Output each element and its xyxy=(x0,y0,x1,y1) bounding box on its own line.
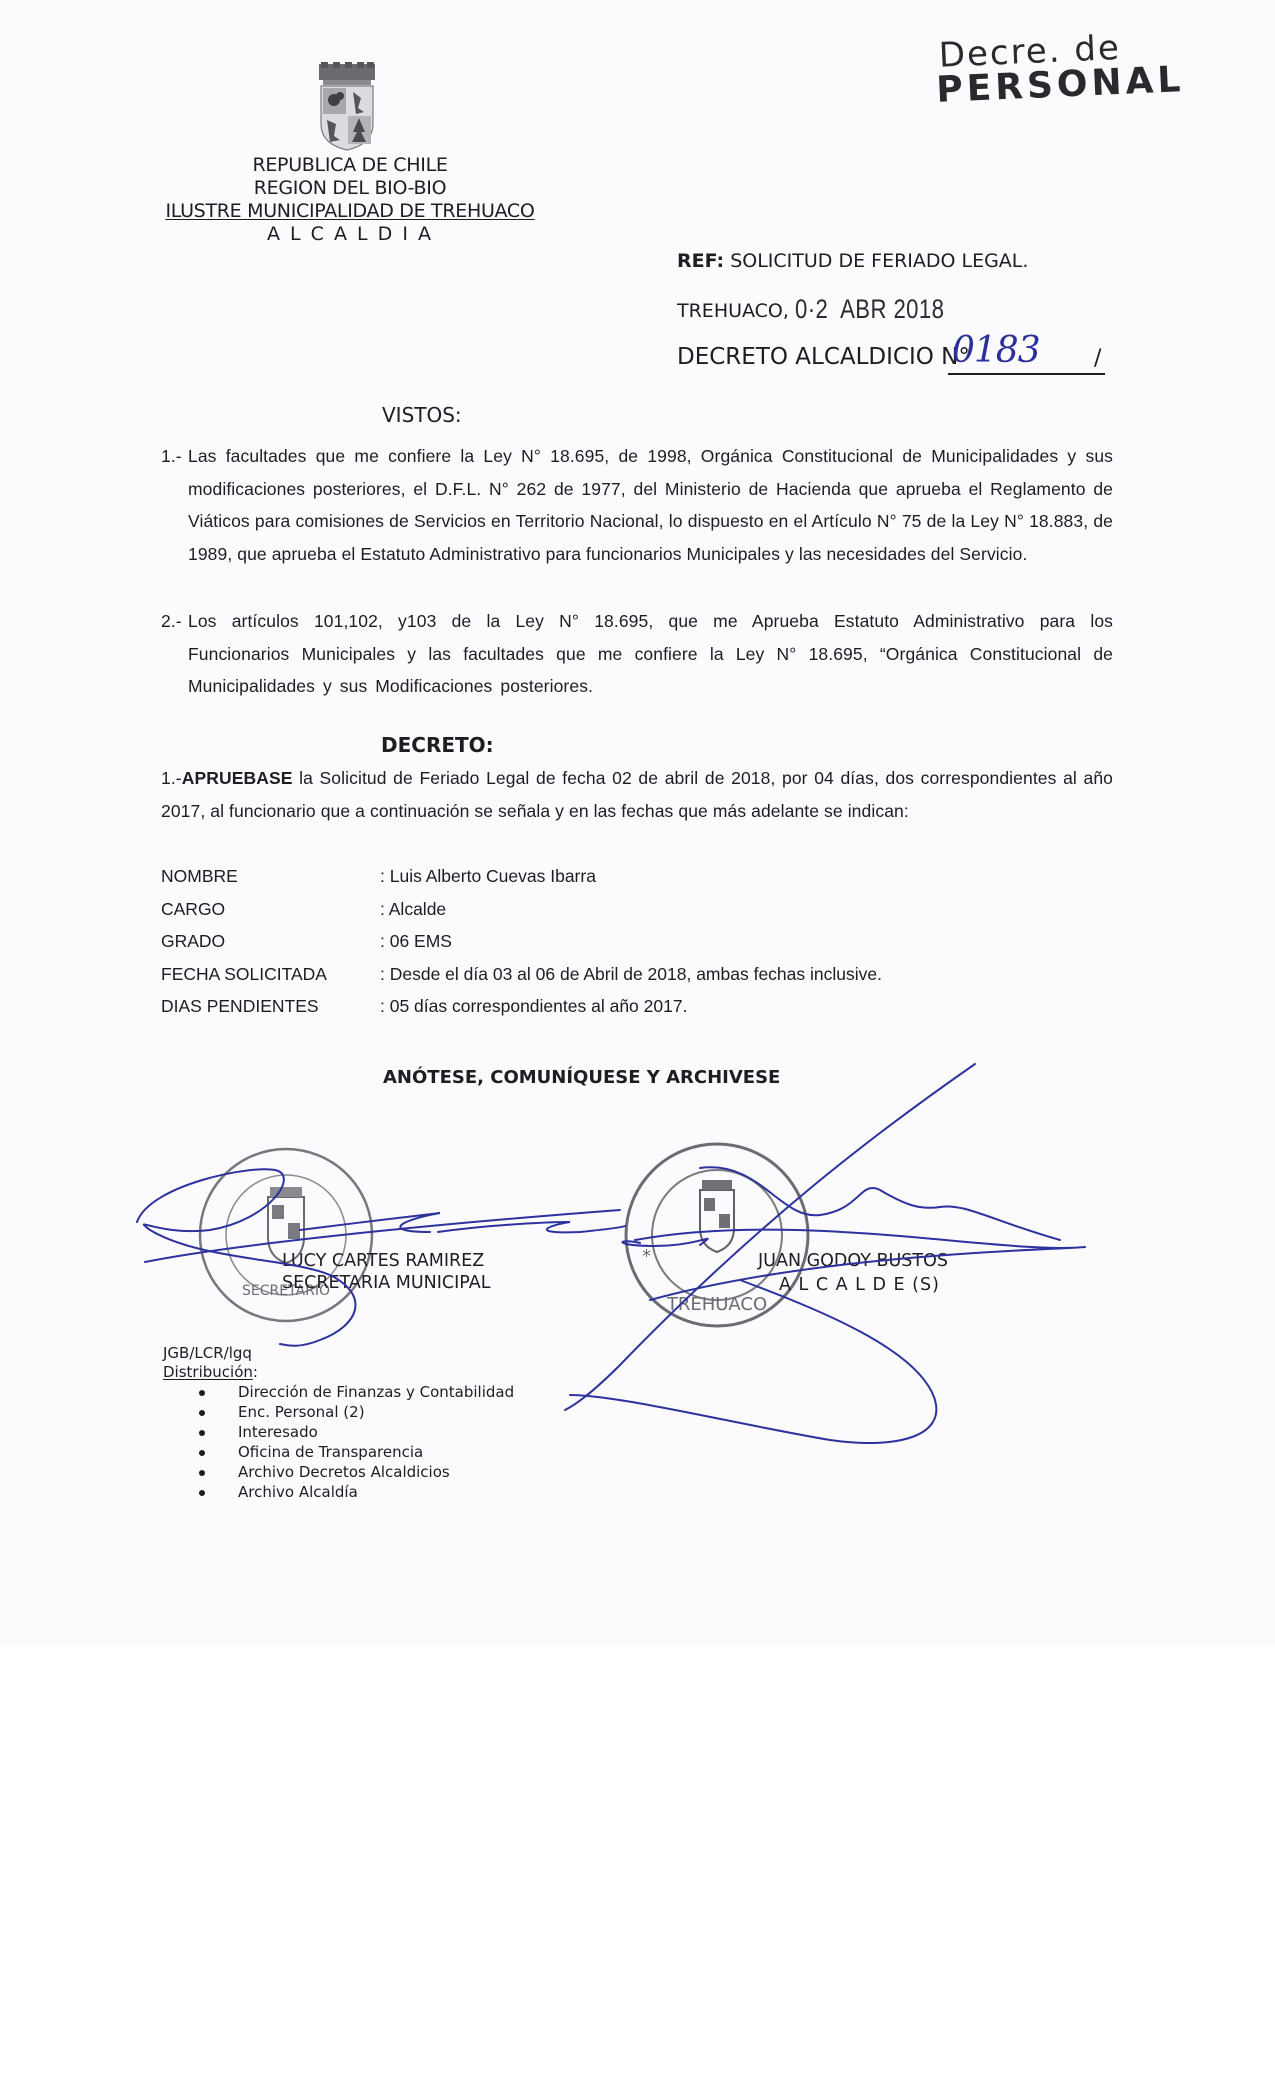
distribution-item: Oficina de Transparencia xyxy=(199,1442,514,1462)
ref-label: REF: xyxy=(677,250,724,272)
mayor-title: A L C A L D E (S) xyxy=(758,1273,948,1297)
field-value-fecha: : Desde el día 03 al 06 de Abril de 2018… xyxy=(380,964,882,985)
decree-suffix: / xyxy=(1094,346,1101,371)
vistos-item-2: 2.- Los artículos 101,102, y103 de la Le… xyxy=(161,605,1113,703)
secretary-name: LUCY CARTES RAMIREZ xyxy=(282,1250,490,1272)
vistos-item-1-text: Las facultades que me confiere la Ley N°… xyxy=(188,440,1113,570)
letterhead-region: REGION DEL BIO-BIO xyxy=(150,177,550,200)
letterhead: REPUBLICA DE CHILE REGION DEL BIO-BIO IL… xyxy=(150,154,550,246)
svg-text:TREHUACO: TREHUACO xyxy=(666,1294,767,1315)
decreto-item-1: 1.-APRUEBASE la Solicitud de Feriado Leg… xyxy=(161,762,1113,827)
vistos-item-2-num: 2.- xyxy=(161,605,182,638)
decreto-item-1-num: 1.- xyxy=(161,768,182,788)
field-label-fecha: FECHA SOLICITADA xyxy=(161,964,327,985)
field-label-grado: GRADO xyxy=(161,931,225,952)
letterhead-country: REPUBLICA DE CHILE xyxy=(150,154,550,177)
field-label-cargo: CARGO xyxy=(161,899,225,920)
distribution-colon: : xyxy=(253,1363,258,1381)
secretary-signature-block: LUCY CARTES RAMIREZ SECRETARIA MUNICIPAL xyxy=(282,1250,490,1294)
distribution-item: Interesado xyxy=(199,1422,514,1442)
field-value-cargo: : Alcalde xyxy=(380,899,446,920)
author-initials: JGB/LCR/lgq xyxy=(163,1344,252,1362)
decreto-item-1-text: la Solicitud de Feriado Legal de fecha 0… xyxy=(161,768,1113,821)
personal-stamp: Decre. de PERSONAL xyxy=(934,25,1185,111)
place-label: TREHUACO, xyxy=(677,300,789,322)
decreto-item-1-bold: APRUEBASE xyxy=(182,768,293,788)
field-label-dias: DIAS PENDIENTES xyxy=(161,996,319,1017)
decree-number-underline xyxy=(948,373,1105,375)
letterhead-municipality: ILUSTRE MUNICIPALIDAD DE TREHUACO xyxy=(150,200,550,223)
secretary-title: SECRETARIA MUNICIPAL xyxy=(282,1272,490,1294)
mayor-seal-icon: * TREHUACO xyxy=(622,1140,812,1330)
decree-number-handwritten: 0183 xyxy=(952,330,1040,371)
distribution-heading: Distribución: xyxy=(163,1363,258,1381)
distribution-list: Dirección de Finanzas y Contabilidad Enc… xyxy=(199,1382,514,1502)
letterhead-office: A L C A L D I A xyxy=(150,223,550,246)
field-value-nombre: : Luis Alberto Cuevas Ibarra xyxy=(380,866,596,887)
mayor-signature-block: JUAN GODOY BUSTOS A L C A L D E (S) xyxy=(758,1249,948,1297)
document-page: Decre. de PERSONAL REPUBLICA DE CHILE RE… xyxy=(0,0,1275,1645)
decree-label: DECRETO ALCALDICIO N° xyxy=(677,344,970,370)
distribution-item: Archivo Decretos Alcaldicios xyxy=(199,1462,514,1482)
vistos-item-2-text: Los artículos 101,102, y103 de la Ley N°… xyxy=(188,605,1113,703)
reference-line: REF: SOLICITUD DE FERIADO LEGAL. xyxy=(677,250,1028,272)
svg-text:*: * xyxy=(642,1246,651,1267)
distribution-item: Dirección de Finanzas y Contabilidad xyxy=(199,1382,514,1402)
mayor-name: JUAN GODOY BUSTOS xyxy=(758,1249,948,1273)
vistos-title: VISTOS: xyxy=(382,403,462,427)
distribution-label: Distribución xyxy=(163,1363,253,1381)
secretary-seal-icon: SECRETARIO xyxy=(196,1145,376,1325)
distribution-item: Archivo Alcaldía xyxy=(199,1482,514,1502)
vistos-item-1-num: 1.- xyxy=(161,440,182,473)
date-stamp: 0·2 ABR 2018 xyxy=(795,294,944,325)
coat-of-arms-icon xyxy=(313,62,381,152)
field-value-dias: : 05 días correspondientes al año 2017. xyxy=(380,996,687,1017)
vistos-item-1: 1.- Las facultades que me confiere la Le… xyxy=(161,440,1113,570)
decreto-title: DECRETO: xyxy=(381,733,494,757)
closing-formula: ANÓTESE, COMUNÍQUESE Y ARCHIVESE xyxy=(383,1067,780,1088)
decree-number-line: DECRETO ALCALDICIO N° xyxy=(677,344,970,370)
ref-text: SOLICITUD DE FERIADO LEGAL. xyxy=(730,250,1028,272)
field-value-grado: : 06 EMS xyxy=(380,931,452,952)
distribution-item: Enc. Personal (2) xyxy=(199,1402,514,1422)
field-label-nombre: NOMBRE xyxy=(161,866,238,887)
